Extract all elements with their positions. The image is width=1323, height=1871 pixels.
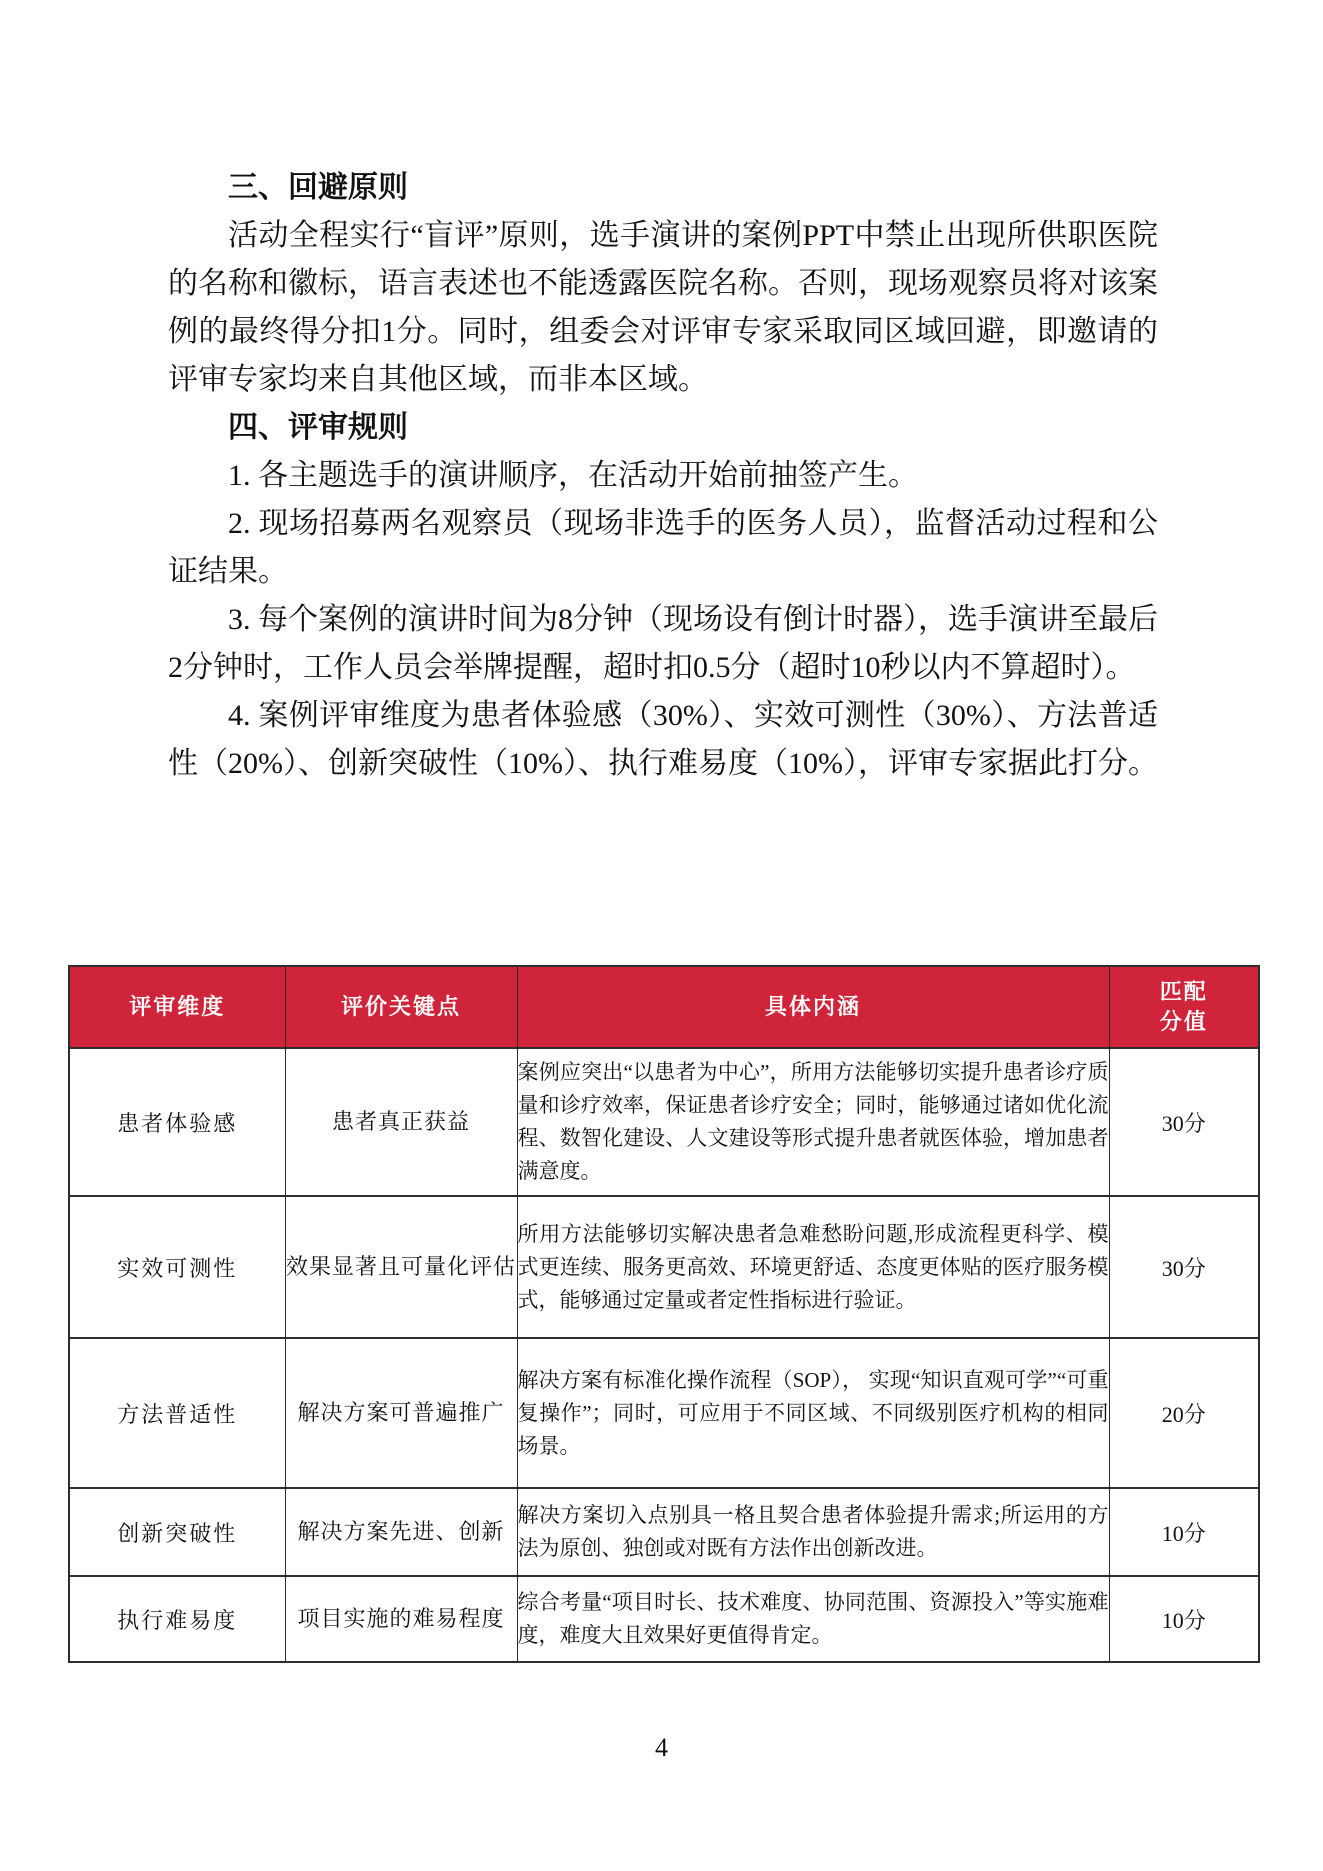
row-key-point: 患者真正获益 — [285, 1048, 517, 1196]
table-row: 执行难易度 项目实施的难易程度 综合考量“项目时长、技术难度、协同范围、资源投入… — [69, 1576, 1259, 1662]
section-heading-review: 四、评审规则 — [168, 404, 1158, 452]
header-key-point: 评价关键点 — [285, 966, 517, 1048]
row-dimension: 执行难易度 — [69, 1576, 285, 1662]
header-dimension: 评审维度 — [69, 966, 285, 1048]
row-description: 所用方法能够切实解决患者急难愁盼问题,形成流程更科学、模式更连续、服务更高效、环… — [517, 1196, 1109, 1338]
criteria-table-header: 评审维度 评价关键点 具体内涵 匹配分值 — [69, 966, 1259, 1048]
table-row: 方法普适性 解决方案可普遍推广 解决方案有标准化操作流程（SOP）， 实现“知识… — [69, 1338, 1259, 1488]
row-key-point: 效果显著且可量化评估 — [285, 1196, 517, 1338]
row-dimension: 方法普适性 — [69, 1338, 285, 1488]
review-rule-item-4: 4. 案例评审维度为患者体验感（30%）、实效可测性（30%）、方法普适性（20… — [168, 692, 1158, 788]
row-dimension: 患者体验感 — [69, 1048, 285, 1196]
review-rule-item-1: 1. 各主题选手的演讲顺序，在活动开始前抽签产生。 — [168, 452, 1158, 500]
row-score: 20分 — [1109, 1338, 1259, 1488]
table-row: 创新突破性 解决方案先进、创新 解决方案切入点别具一格且契合患者体验提升需求;所… — [69, 1488, 1259, 1576]
row-key-point: 解决方案先进、创新 — [285, 1488, 517, 1576]
row-score: 30分 — [1109, 1196, 1259, 1338]
row-dimension: 实效可测性 — [69, 1196, 285, 1338]
row-description: 综合考量“项目时长、技术难度、协同范围、资源投入”等实施难度，难度大且效果好更值… — [517, 1576, 1109, 1662]
review-rule-item-3: 3. 每个案例的演讲时间为8分钟（现场设有倒计时器），选手演讲至最后2分钟时，工… — [168, 596, 1158, 692]
avoidance-paragraph: 活动全程实行“盲评”原则，选手演讲的案例PPT中禁止出现所供职医院的名称和徽标，… — [168, 212, 1158, 404]
row-key-point: 项目实施的难易程度 — [285, 1576, 517, 1662]
row-dimension: 创新突破性 — [69, 1488, 285, 1576]
row-description: 解决方案有标准化操作流程（SOP）， 实现“知识直观可学”“可重复操作”；同时，… — [517, 1338, 1109, 1488]
section-heading-avoidance: 三、回避原则 — [168, 164, 1158, 212]
page-number: 4 — [0, 1733, 1323, 1763]
body-text: 三、回避原则 活动全程实行“盲评”原则，选手演讲的案例PPT中禁止出现所供职医院… — [168, 164, 1158, 788]
row-score: 30分 — [1109, 1048, 1259, 1196]
header-description: 具体内涵 — [517, 966, 1109, 1048]
row-score: 10分 — [1109, 1488, 1259, 1576]
row-description: 解决方案切入点别具一格且契合患者体验提升需求;所运用的方法为原创、独创或对既有方… — [517, 1488, 1109, 1576]
row-description: 案例应突出“以患者为中心”，所用方法能够切实提升患者诊疗质量和诊疗效率，保证患者… — [517, 1048, 1109, 1196]
row-key-point: 解决方案可普遍推广 — [285, 1338, 517, 1488]
table-row: 患者体验感 患者真正获益 案例应突出“以患者为中心”，所用方法能够切实提升患者诊… — [69, 1048, 1259, 1196]
header-score-label: 匹配分值 — [1160, 977, 1208, 1037]
row-score: 10分 — [1109, 1576, 1259, 1662]
table-row: 实效可测性 效果显著且可量化评估 所用方法能够切实解决患者急难愁盼问题,形成流程… — [69, 1196, 1259, 1338]
criteria-table: 评审维度 评价关键点 具体内涵 匹配分值 患者体验感 患者真正获益 案例应突出“… — [68, 965, 1260, 1663]
header-score: 匹配分值 — [1109, 966, 1259, 1048]
review-rule-item-2: 2. 现场招募两名观察员（现场非选手的医务人员），监督活动过程和公证结果。 — [168, 500, 1158, 596]
document-page: 三、回避原则 活动全程实行“盲评”原则，选手演讲的案例PPT中禁止出现所供职医院… — [0, 0, 1323, 1871]
